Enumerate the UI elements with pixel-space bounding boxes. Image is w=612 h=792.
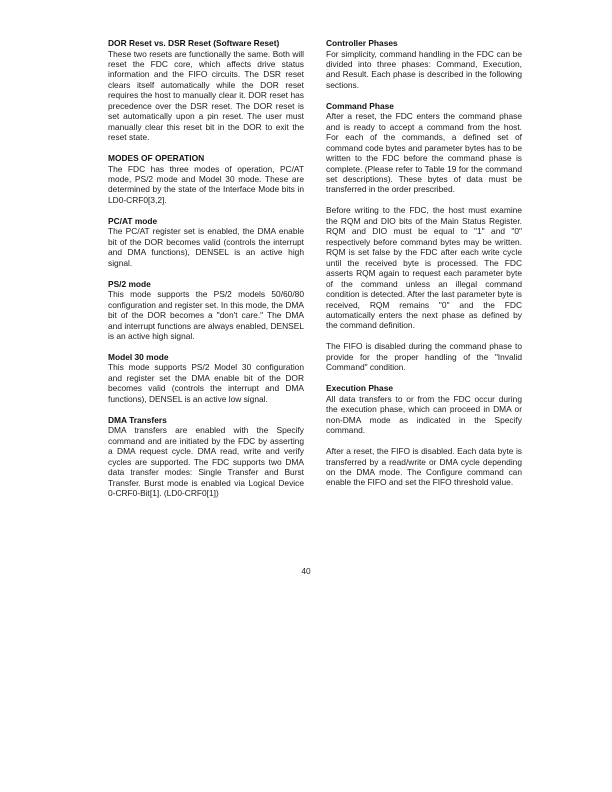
section-pc-at-mode: PC/AT mode The PC/AT register set is ena… bbox=[108, 216, 304, 268]
section-ps2-mode: PS/2 mode This mode supports the PS/2 mo… bbox=[108, 279, 304, 342]
section-heading: Execution Phase bbox=[326, 383, 522, 394]
section-execution-phase: Execution Phase All data transfers to or… bbox=[326, 383, 522, 488]
section-heading: Controller Phases bbox=[326, 38, 522, 49]
section-paragraph: Before writing to the FDC, the host must… bbox=[326, 205, 522, 330]
section-controller-phases: Controller Phases For simplicity, comman… bbox=[326, 38, 522, 90]
section-heading: Model 30 mode bbox=[108, 352, 304, 363]
right-column: Controller Phases For simplicity, comman… bbox=[326, 38, 522, 498]
section-paragraph: This mode supports PS/2 Model 30 configu… bbox=[108, 362, 304, 404]
section-paragraph: DMA transfers are enabled with the Speci… bbox=[108, 425, 304, 498]
page-number: 40 bbox=[0, 566, 612, 576]
section-heading: DOR Reset vs. DSR Reset (Software Reset) bbox=[108, 38, 304, 49]
section-dma-transfers: DMA Transfers DMA transfers are enabled … bbox=[108, 415, 304, 499]
section-paragraph: All data transfers to or from the FDC oc… bbox=[326, 394, 522, 436]
section-paragraph: This mode supports the PS/2 models 50/60… bbox=[108, 289, 304, 341]
section-model-30-mode: Model 30 mode This mode supports PS/2 Mo… bbox=[108, 352, 304, 404]
section-dor-dsr-reset: DOR Reset vs. DSR Reset (Software Reset)… bbox=[108, 38, 304, 143]
section-paragraph: The FIFO is disabled during the command … bbox=[326, 341, 522, 372]
section-heading: PC/AT mode bbox=[108, 216, 304, 227]
section-modes-of-operation: MODES OF OPERATION The FDC has three mod… bbox=[108, 153, 304, 205]
section-heading: PS/2 mode bbox=[108, 279, 304, 290]
section-heading: MODES OF OPERATION bbox=[108, 153, 304, 164]
section-paragraph: The PC/AT register set is enabled, the D… bbox=[108, 226, 304, 268]
section-paragraph: After a reset, the FDC enters the comman… bbox=[326, 111, 522, 195]
section-command-phase: Command Phase After a reset, the FDC ent… bbox=[326, 101, 522, 373]
section-heading: Command Phase bbox=[326, 101, 522, 112]
section-paragraph: The FDC has three modes of operation, PC… bbox=[108, 164, 304, 206]
section-paragraph: These two resets are functionally the sa… bbox=[108, 49, 304, 143]
section-heading: DMA Transfers bbox=[108, 415, 304, 426]
left-column: DOR Reset vs. DSR Reset (Software Reset)… bbox=[108, 38, 304, 509]
section-paragraph: For simplicity, command handling in the … bbox=[326, 49, 522, 91]
section-paragraph: After a reset, the FIFO is disabled. Eac… bbox=[326, 446, 522, 488]
